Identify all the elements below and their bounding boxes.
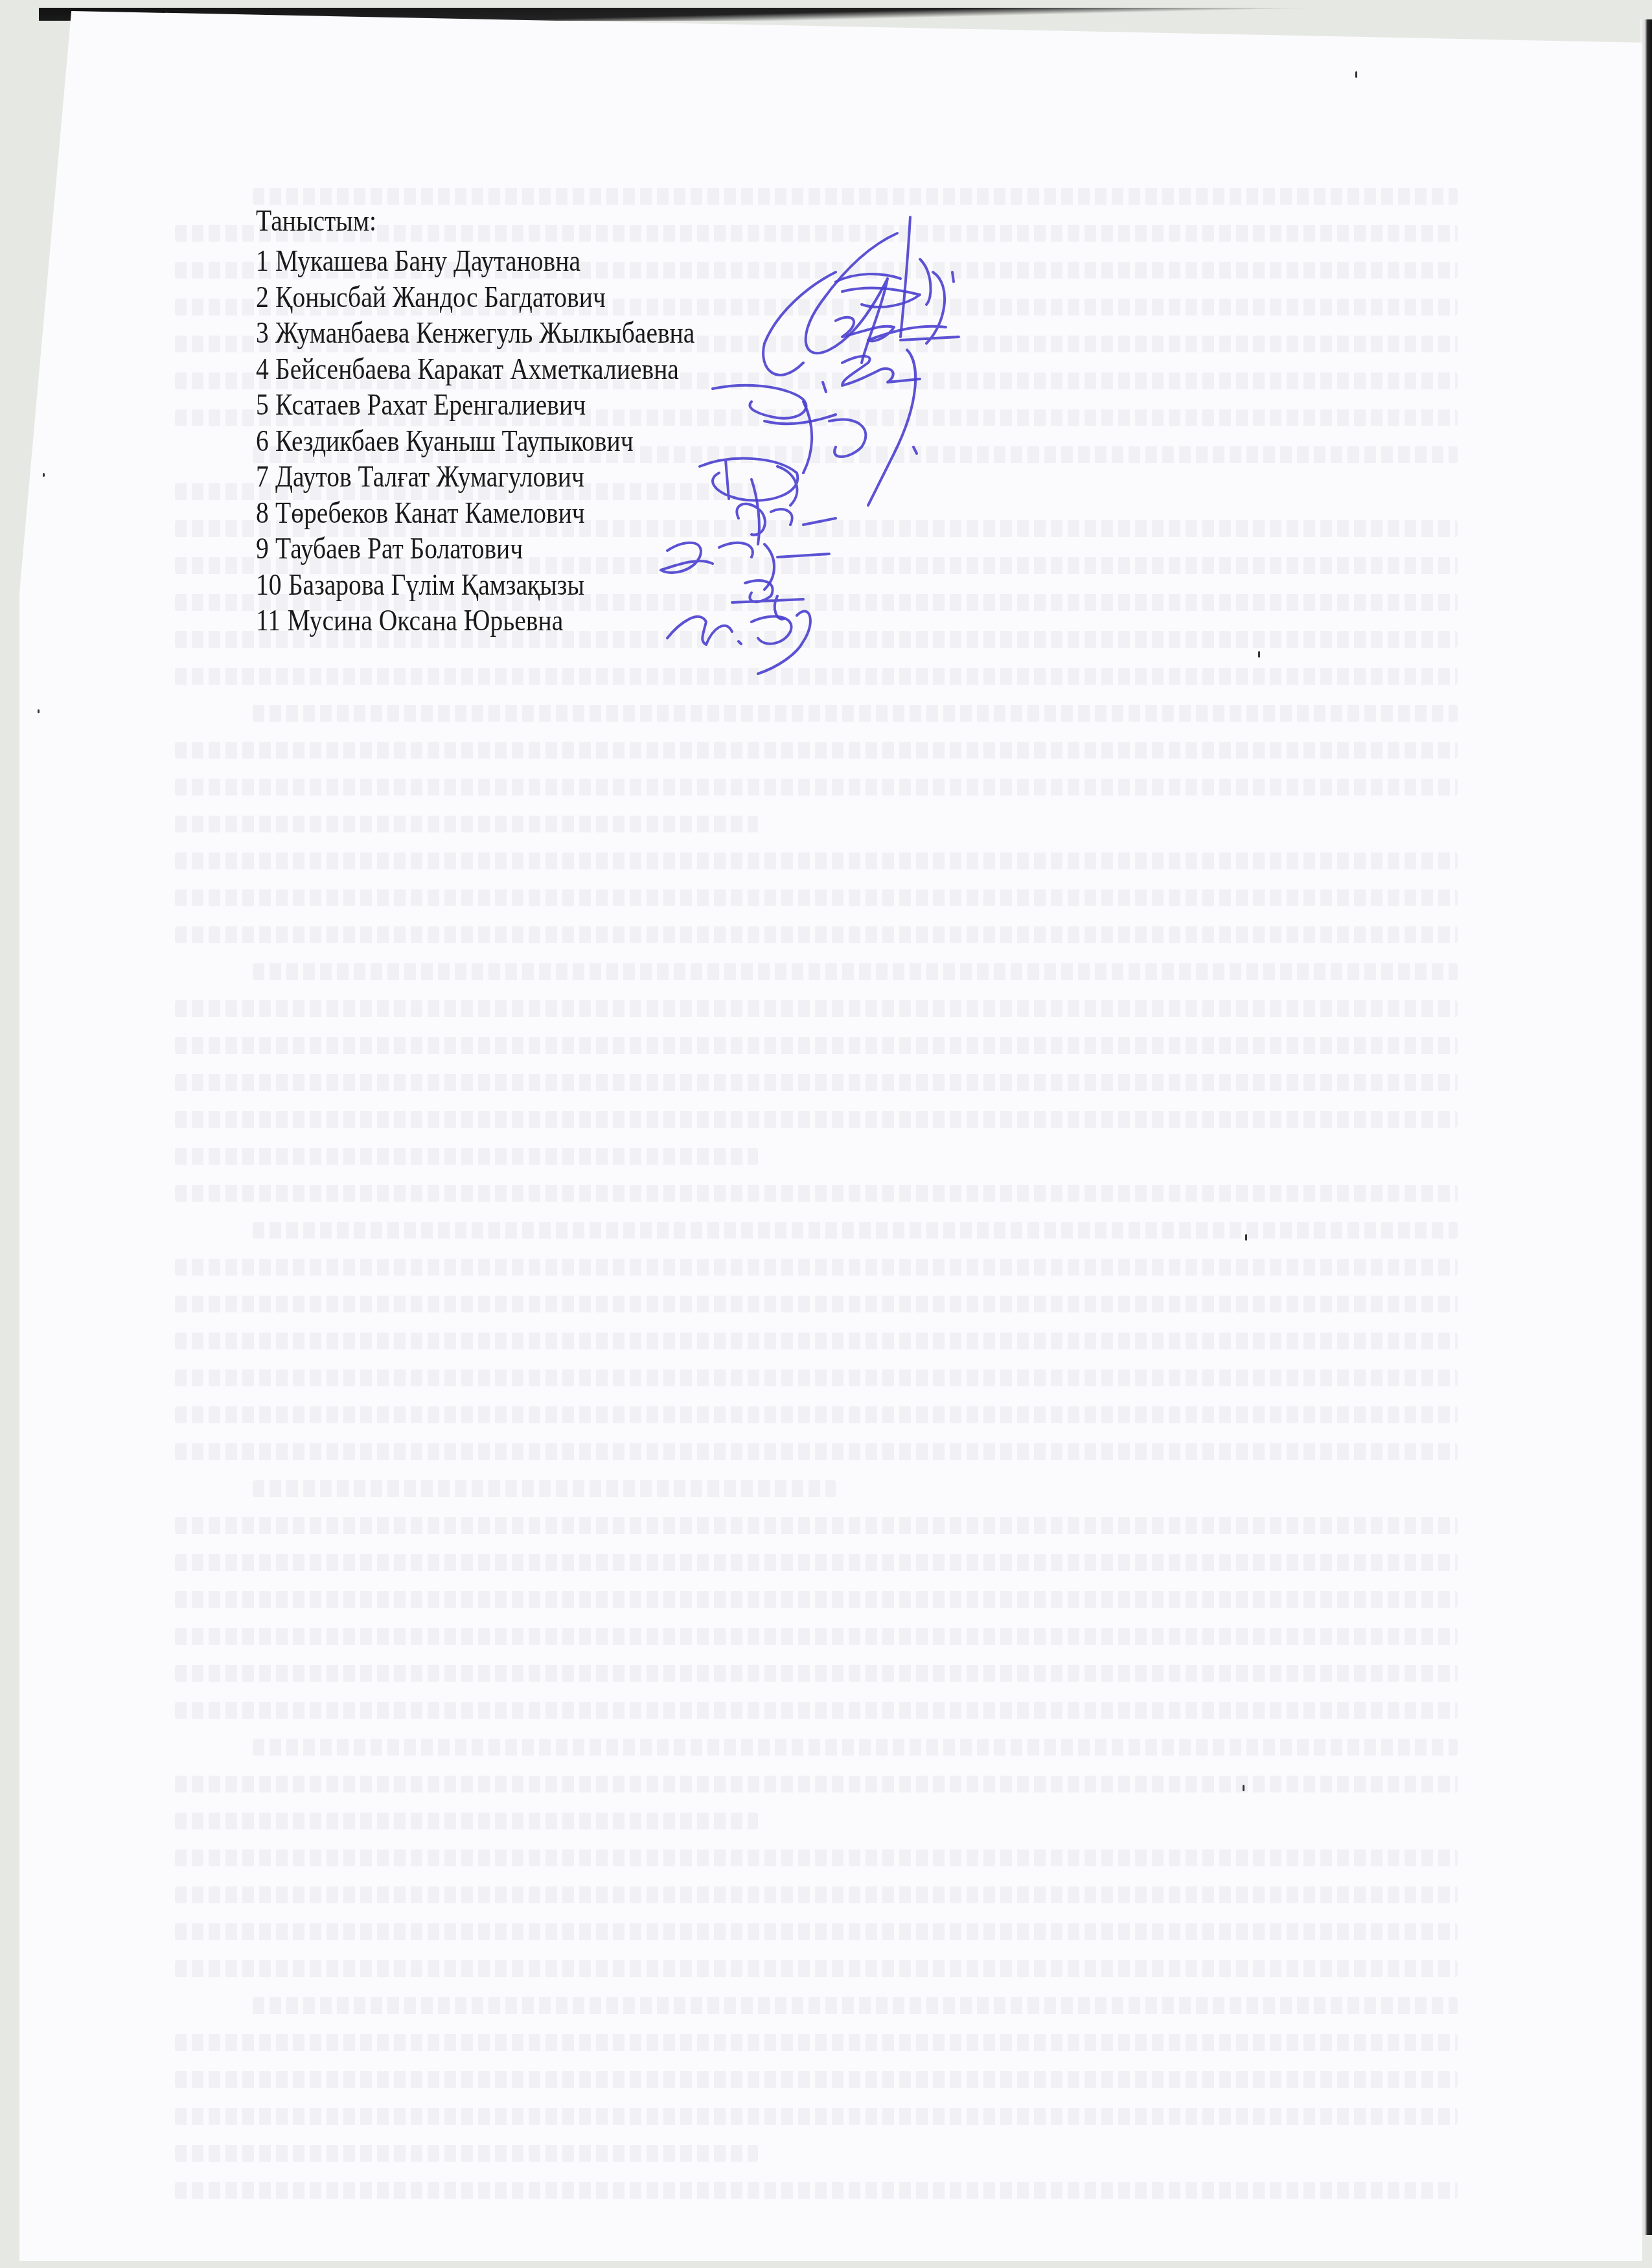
- bleed-through-line: [175, 1037, 1458, 1054]
- signatory-number: 11: [256, 604, 281, 637]
- bleed-through-line: [253, 188, 1458, 205]
- bleed-through-line: [175, 742, 1458, 759]
- bleed-through-line: [175, 1813, 758, 1829]
- acknowledgement-heading: Таныстым:: [256, 206, 694, 244]
- signatory-row: 5Ксатаев Рахат Еренгалиевич: [256, 390, 694, 426]
- bleed-through-line: [253, 1997, 1458, 2014]
- scan-speck: [1243, 1785, 1245, 1791]
- acknowledgement-list: Таныстым: 1Мукашева Бану Даутановна 2Қон…: [256, 206, 694, 642]
- bleed-through-line: [175, 1850, 1458, 1866]
- scan-speck: [43, 473, 45, 477]
- signatory-number: 3: [256, 316, 269, 349]
- signatory-row: 11Мусина Оксана Юрьевна: [256, 606, 694, 642]
- bleed-through-line: [175, 2034, 1458, 2051]
- signatory-number: 9: [256, 532, 269, 565]
- bleed-through-line: [175, 1259, 1458, 1276]
- scan-speck: [1258, 651, 1260, 658]
- signatory-number: 4: [256, 352, 269, 385]
- signatory-name: Төребеков Канат Камелович: [275, 496, 585, 529]
- bleed-through-line: [175, 1406, 1458, 1423]
- bleed-through-line: [175, 1591, 1458, 1608]
- signatory-row: 10Базарова Гүлім Қамзақызы: [256, 570, 694, 606]
- bleed-through-line: [175, 816, 758, 832]
- signatory-name: Мукашева Бану Даутановна: [275, 244, 580, 277]
- bleed-through-line: [253, 1222, 1458, 1239]
- bleed-through-line: [175, 2071, 1458, 2088]
- bleed-through-line: [175, 1369, 1458, 1386]
- signatory-row: 2Қонысбай Жандос Багдатович: [256, 282, 694, 319]
- bleed-through-line: [175, 926, 1458, 943]
- bleed-through-line: [175, 668, 1458, 685]
- bleed-through-line: [175, 1074, 1458, 1091]
- signatory-name: Даутов Талғат Жумагулович: [275, 460, 584, 493]
- signatory-name: Бейсенбаева Каракат Ахметкалиевна: [275, 352, 679, 385]
- signatory-number: 7: [256, 460, 269, 493]
- bleed-through-line: [175, 1923, 1458, 1940]
- signatory-number: 2: [256, 281, 269, 314]
- signatory-row: 3Жуманбаева Кенжегуль Жылкыбаевна: [256, 318, 694, 354]
- bleed-through-line: [175, 1886, 1458, 1903]
- bleed-through-line: [175, 1517, 1458, 1534]
- bleed-through-line: [175, 889, 1458, 906]
- signatory-row: 6Кездикбаев Куаныш Таупыкович: [256, 426, 694, 463]
- bleed-through-line: [175, 779, 1458, 796]
- signatory-row: 7Даутов Талғат Жумагулович: [256, 462, 694, 498]
- signatory-row: 1Мукашева Бану Даутановна: [256, 246, 694, 282]
- bleed-through-line: [175, 1776, 1458, 1793]
- signatory-name: Қонысбай Жандос Багдатович: [275, 281, 606, 314]
- bleed-through-line: [175, 1333, 1458, 1349]
- signatory-row: 8Төребеков Канат Камелович: [256, 498, 694, 534]
- signatory-name: Таубаев Рат Болатович: [275, 532, 523, 565]
- bleed-through-line: [175, 2145, 758, 2162]
- bleed-through-line: [175, 2182, 1458, 2199]
- bleed-through-line: [175, 1443, 1458, 1460]
- bleed-through-line: [175, 2108, 1458, 2125]
- bleed-through-line: [253, 1739, 1458, 1756]
- bleed-through-line: [175, 1554, 1458, 1571]
- signatory-number: 1: [256, 244, 269, 277]
- bleed-through-line: [175, 1111, 1458, 1128]
- bleed-through-line: [253, 1480, 836, 1497]
- bleed-through-line: [175, 853, 1458, 869]
- bleed-through-line: [175, 1000, 1458, 1017]
- bleed-through-line: [175, 1185, 1458, 1202]
- bleed-through-line: [175, 1702, 1458, 1719]
- bleed-through-line: [175, 1628, 1458, 1645]
- signatory-name: Жуманбаева Кенжегуль Жылкыбаевна: [275, 316, 694, 349]
- signatory-name: Кездикбаев Куаныш Таупыкович: [275, 424, 634, 457]
- bleed-through-line: [175, 1665, 1458, 1682]
- bleed-through-line: [175, 1296, 1458, 1312]
- signatory-name: Ксатаев Рахат Еренгалиевич: [275, 388, 586, 421]
- signatory-row: 4Бейсенбаева Каракат Ахметкалиевна: [256, 354, 694, 391]
- signatory-number: 8: [256, 496, 269, 529]
- bleed-through-line: [253, 963, 1458, 980]
- scan-speck: [1355, 71, 1357, 78]
- signatory-row: 9Таубаев Рат Болатович: [256, 534, 694, 570]
- signatory-number: 5: [256, 388, 269, 421]
- scan-speck: [38, 709, 40, 713]
- signatory-number: 10: [256, 568, 282, 601]
- signatory-name: Мусина Оксана Юрьевна: [287, 604, 563, 637]
- signatory-number: 6: [256, 424, 269, 457]
- scan-speck: [1245, 1234, 1247, 1241]
- bleed-through-line: [253, 705, 1458, 722]
- signatory-name: Базарова Гүлім Қамзақызы: [288, 568, 584, 601]
- bleed-through-line: [175, 1960, 1458, 1977]
- bleed-through-line: [175, 1148, 758, 1165]
